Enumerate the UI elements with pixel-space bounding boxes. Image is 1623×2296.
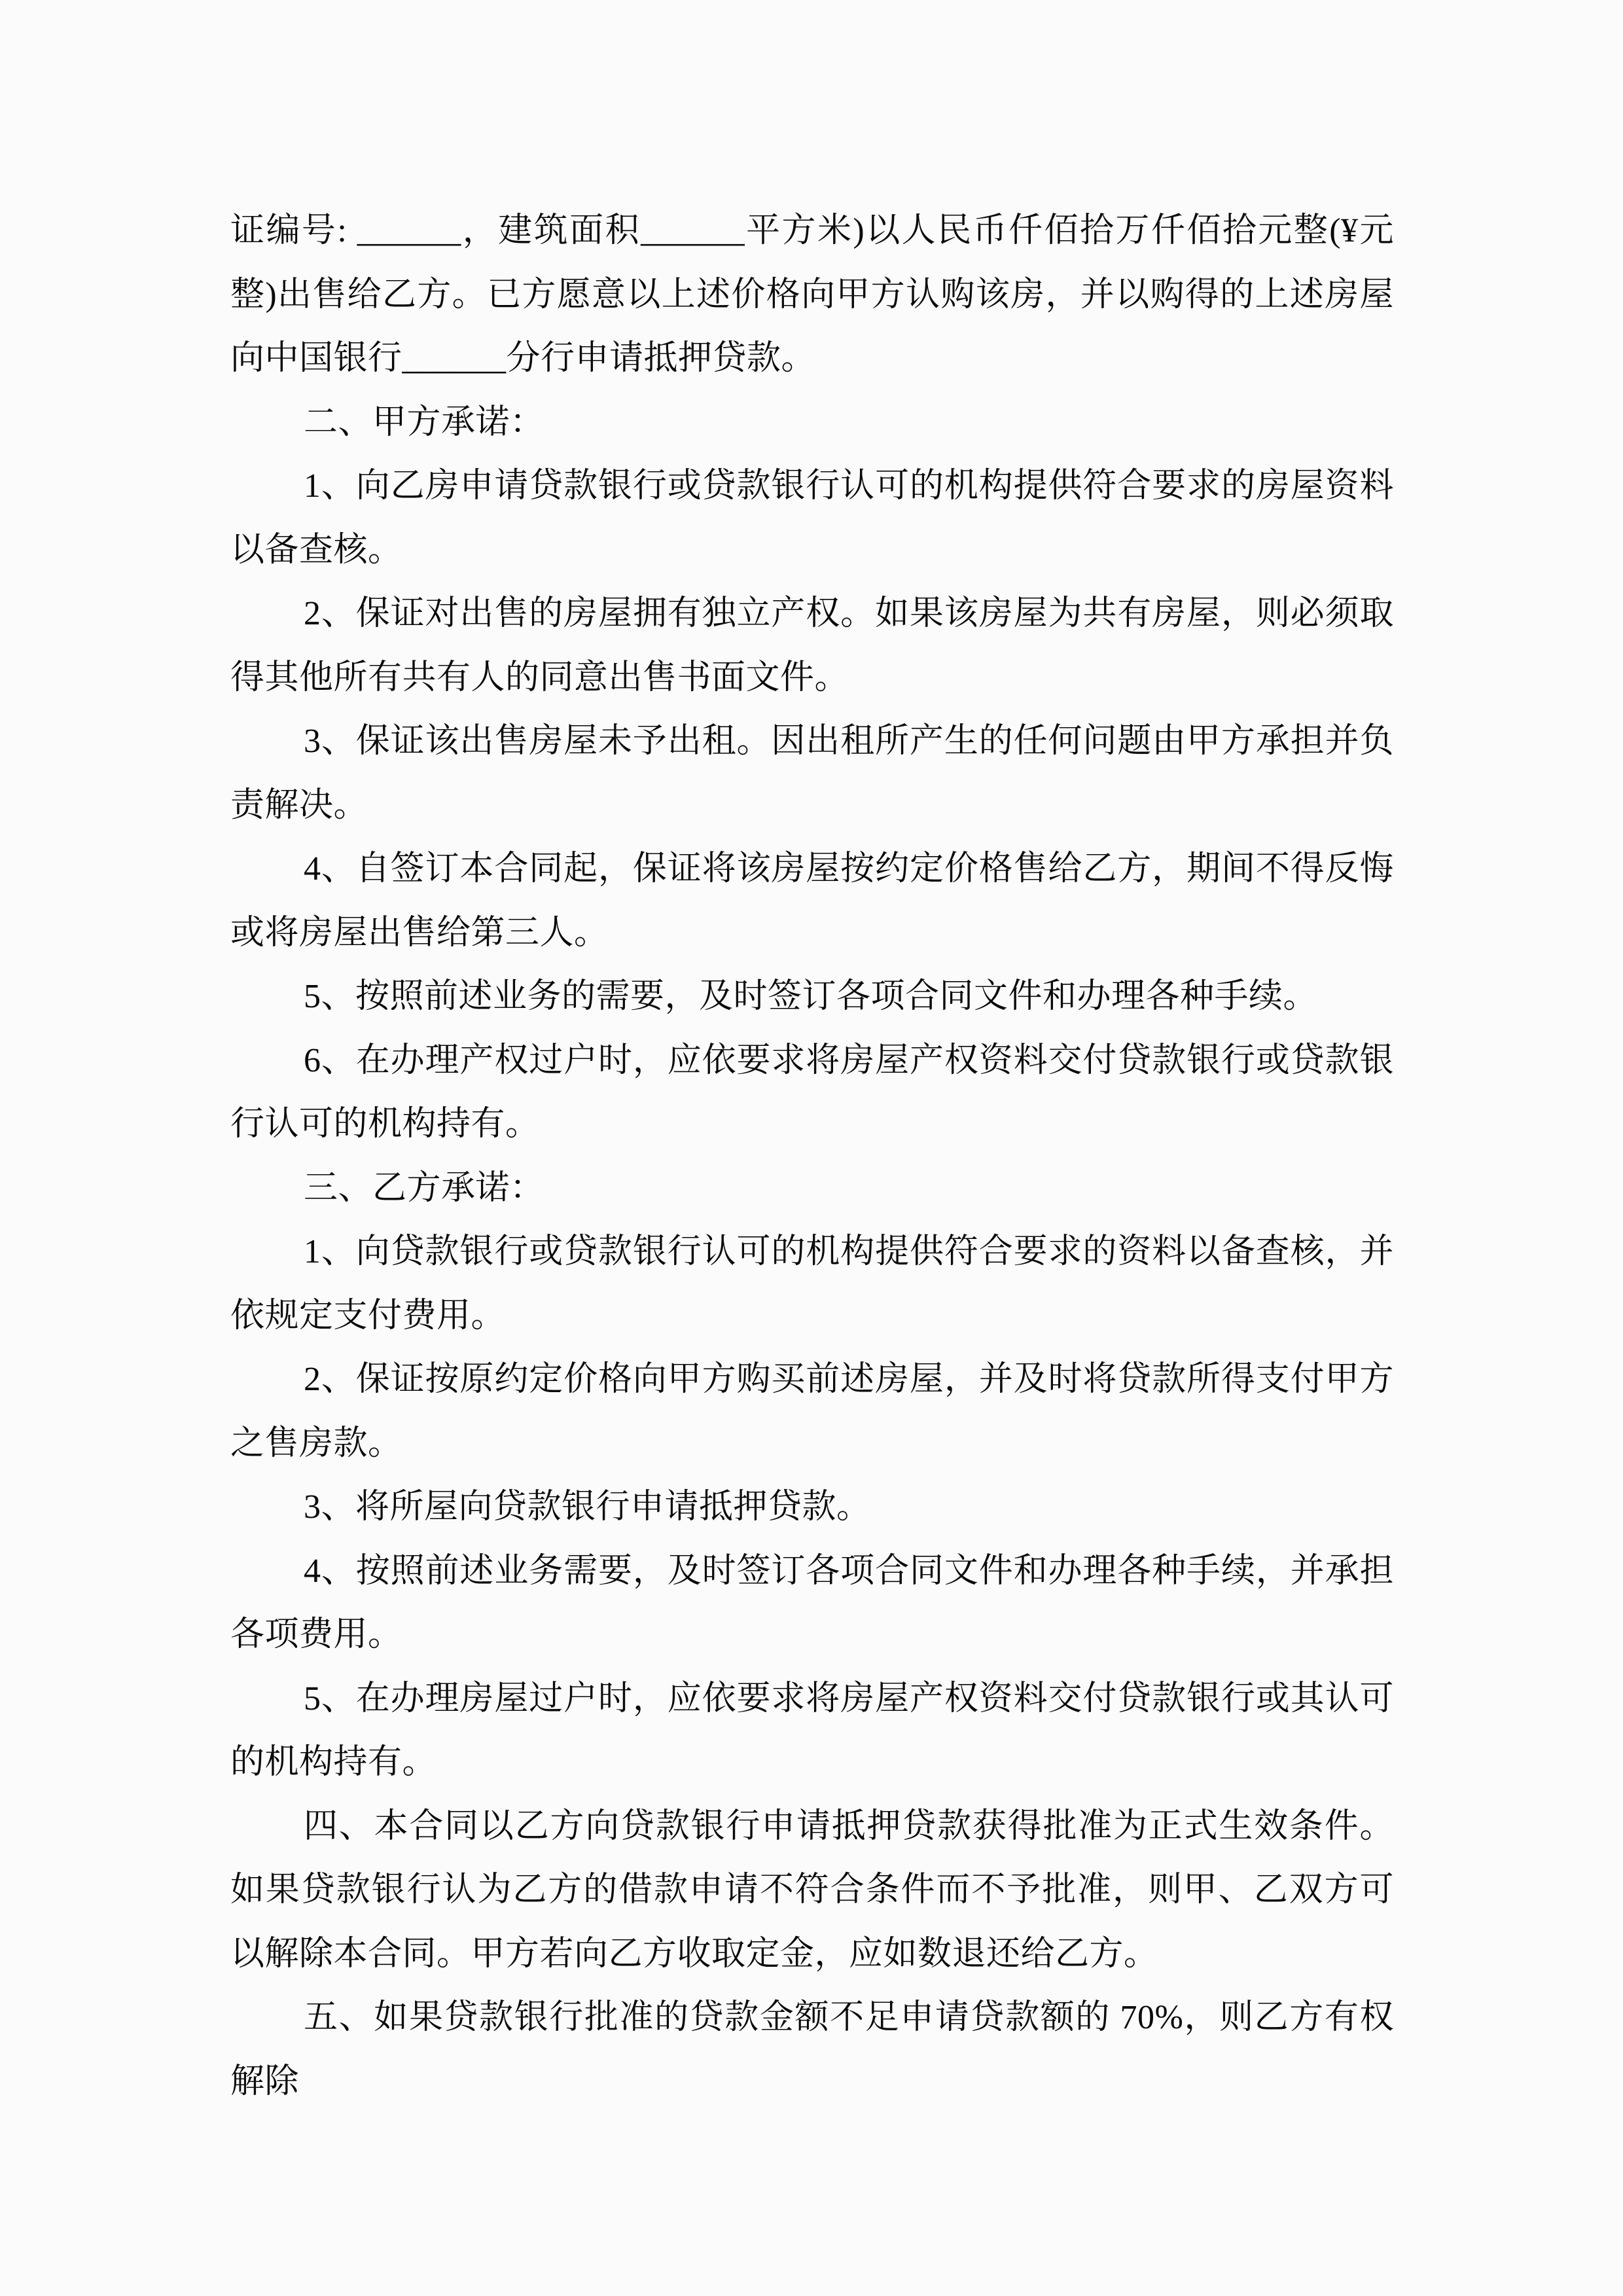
item-party-a-2: 2、保证对出售的房屋拥有独立产权。如果该房屋为共有房屋，则必须取得其他所有共有人…	[230, 582, 1394, 709]
item-party-a-5: 5、按照前述业务的需要，及时签订各项合同文件和办理各种手续。	[230, 965, 1394, 1029]
para-section-five-loan-shortfall: 五、如果贷款银行批准的贷款金额不足申请贷款额的 70%，则乙方有权解除	[230, 1986, 1394, 2113]
document-page: 证编号: ______，建筑面积______平方米)以人民币仟佰拾万仟佰拾元整(…	[0, 0, 1623, 2296]
item-party-a-6: 6、在办理产权过户时，应依要求将房屋产权资料交付贷款银行或贷款银行认可的机构持有…	[230, 1029, 1394, 1157]
item-party-a-4: 4、自签订本合同起，保证将该房屋按约定价格售给乙方，期间不得反悔或将房屋出售给第…	[230, 837, 1394, 965]
heading-section-two-party-a-promises: 二、甲方承诺：	[230, 391, 1394, 455]
item-party-a-3: 3、保证该出售房屋未予出租。因出租所产生的任何问题由甲方承担并负责解决。	[230, 709, 1394, 837]
item-party-b-5: 5、在办理房屋过户时，应依要求将房屋产权资料交付贷款银行或其认可的机构持有。	[230, 1667, 1394, 1795]
para-section-four-effective-condition: 四、本合同以乙方向贷款银行申请抵押贷款获得批准为正式生效条件。如果贷款银行认为乙…	[230, 1795, 1394, 1986]
item-party-b-3: 3、将所屋向贷款银行申请抵押贷款。	[230, 1475, 1394, 1539]
heading-section-three-party-b-promises: 三、乙方承诺：	[230, 1157, 1394, 1221]
item-party-b-1: 1、向贷款银行或贷款银行认可的机构提供符合要求的资料以备查核，并依规定支付费用。	[230, 1220, 1394, 1348]
item-party-b-2: 2、保证按原约定价格向甲方购买前述房屋，并及时将贷款所得支付甲方之售房款。	[230, 1348, 1394, 1475]
item-party-a-1: 1、向乙房申请贷款银行或贷款银行认可的机构提供符合要求的房屋资料以备查核。	[230, 454, 1394, 582]
contract-body: 证编号: ______，建筑面积______平方米)以人民币仟佰拾万仟佰拾元整(…	[230, 199, 1394, 2113]
para-price-and-loan-application: 证编号: ______，建筑面积______平方米)以人民币仟佰拾万仟佰拾元整(…	[230, 199, 1394, 391]
item-party-b-4: 4、按照前述业务需要，及时签订各项合同文件和办理各种手续，并承担各项费用。	[230, 1539, 1394, 1667]
